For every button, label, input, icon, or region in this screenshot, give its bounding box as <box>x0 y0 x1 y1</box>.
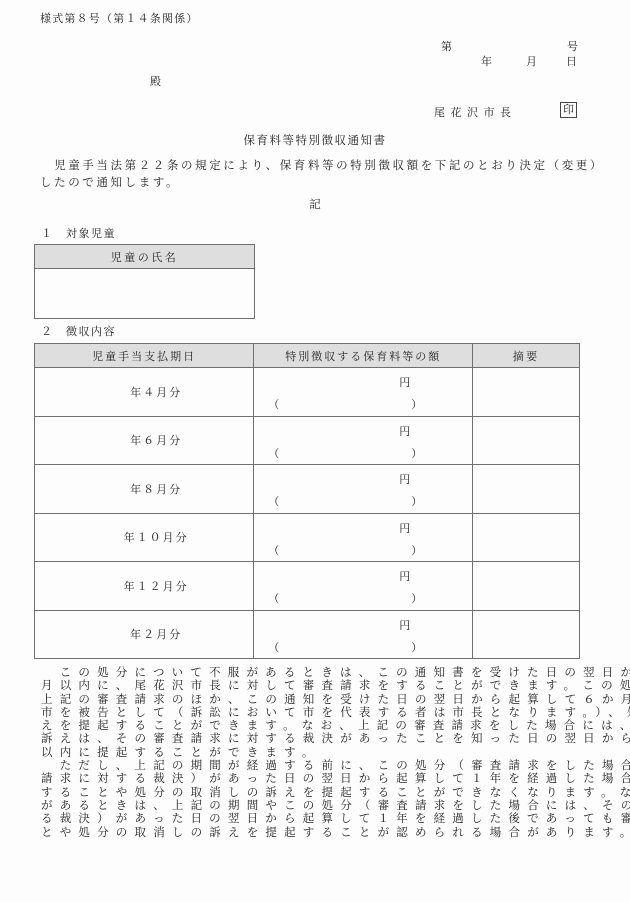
notice-line: することや処分の取消しの訴えを提起することができなくなります。なお、正当な理由 <box>41 786 630 799</box>
document-title: 保育料等特別徴収通知書 <box>0 132 630 148</box>
amount-cell[interactable]: 円 （ ） <box>254 610 473 659</box>
appeal-notice: この処分について不服があるときは、この通知書を受けた日の翌日から起算して３か 月… <box>41 666 630 839</box>
period-cell: 年２月分 <box>35 610 254 659</box>
period-cell: 年１２月分 <box>35 562 254 611</box>
doc-number-suffix: 号 <box>567 38 578 54</box>
child-table: 児童の氏名 <box>34 244 255 319</box>
period-cell: 年１０月分 <box>35 513 254 562</box>
date-day: 日 <box>566 53 577 69</box>
amount-cell[interactable]: 円 （ ） <box>254 368 473 417</box>
collection-table: 児童手当支払期日 特別徴収する保育料等の額 摘要 年４月分 円 （ ） 年６月分… <box>34 343 580 659</box>
table-row: 年４月分 円 （ ） <box>35 368 580 417</box>
yen-label: 円 <box>399 423 410 439</box>
table-row: 年２月分 円 （ ） <box>35 610 580 659</box>
child-name-header: 児童の氏名 <box>35 245 255 269</box>
period-cell: 年８月分 <box>35 465 254 514</box>
notice-line: 月以内に、尾花沢市長に対して審査請求をすることができます。この処分については、 <box>41 679 630 692</box>
column-header-remarks: 摘要 <box>473 344 580 368</box>
paren-open: （ <box>268 396 279 412</box>
notice-line: があるときは、上記の期間やこの処分（審査請求をした場合には、その審査請求に対す <box>41 799 630 812</box>
table-row: 年８月分 円 （ ） <box>35 465 580 514</box>
column-header-payment-date: 児童手当支払期日 <box>35 344 254 368</box>
table-row: 年１０月分 円 （ ） <box>35 513 580 562</box>
form-number: 様式第８号（第１４条関係） <box>40 10 199 26</box>
paren-open: （ <box>268 493 279 509</box>
paren-close: ） <box>411 542 422 558</box>
remarks-cell[interactable] <box>473 416 580 465</box>
amount-cell[interactable]: 円 （ ） <box>254 416 473 465</box>
remarks-cell[interactable] <box>473 513 580 562</box>
notice-line: 上記の審査請求のほか、この通知を受けた日の翌日から起算して６か月以内に、尾花沢 <box>41 693 630 706</box>
yen-label: 円 <box>399 568 410 584</box>
amount-cell[interactable]: 円 （ ） <box>254 465 473 514</box>
remarks-cell[interactable] <box>473 610 580 659</box>
paren-open: （ <box>268 445 279 461</box>
yen-label: 円 <box>399 520 410 536</box>
table-header-row: 児童手当支払期日 特別徴収する保育料等の額 摘要 <box>35 344 580 368</box>
notice-line: 市を被告として（訴訟において市を代表する者は市長となります。）、処分の取消しの訴 <box>41 706 630 719</box>
paren-close: ） <box>411 396 422 412</box>
date-month: 月 <box>526 53 537 69</box>
intro-line: 児童手当法第２２条の規定により、保育料等の特別徴収額を下記のとおり決定（変更） <box>40 157 585 174</box>
issuer-name: 尾 花 沢 市 長 <box>434 104 512 120</box>
paren-open: （ <box>268 542 279 558</box>
amount-cell[interactable]: 円 （ ） <box>254 562 473 611</box>
notice-line: ただし、上記の期間が経過する前に、この処分（審査請求をした場合には、その審査 <box>41 759 630 772</box>
remarks-cell[interactable] <box>473 465 580 514</box>
doc-number-prefix: 第 <box>441 38 452 54</box>
remarks-cell[interactable] <box>473 368 580 417</box>
notice-line: えを提起することができます。なお、上記の審査請求をした場合には、処分の取消しの <box>41 719 630 732</box>
notice-line: 請求に対する裁決）があった日の翌日から起算して１年を経過した場合は、審査請求を <box>41 772 630 785</box>
notice-line: この処分について不服があるときは、この通知書を受けた日の翌日から起算して３か <box>41 666 630 679</box>
seal-stamp-box: 印 <box>560 102 577 118</box>
table-row: 年６月分 円 （ ） <box>35 416 580 465</box>
paren-close: ） <box>411 493 422 509</box>
remarks-cell[interactable] <box>473 562 580 611</box>
period-cell: 年６月分 <box>35 416 254 465</box>
yen-label: 円 <box>399 471 410 487</box>
yen-label: 円 <box>399 374 410 390</box>
paren-close: ） <box>411 639 422 655</box>
intro-line: したので通知します。 <box>40 174 585 191</box>
amount-cell[interactable]: 円 （ ） <box>254 513 473 562</box>
paren-open: （ <box>268 639 279 655</box>
column-header-amount: 特別徴収する保育料等の額 <box>254 344 473 368</box>
notice-line: 訴えは、その審査請求に対する裁決があったことを知った日の翌日から起算して６か月 <box>41 732 630 745</box>
paren-close: ） <box>411 445 422 461</box>
notice-line: とや処分の取消しの訴えを提起することが認められる場合があります。 <box>41 826 630 839</box>
date-year: 年 <box>481 53 492 69</box>
paren-close: ） <box>411 590 422 606</box>
section1-heading: １ 対象児童 <box>41 225 116 241</box>
table-row: 年１２月分 円 （ ） <box>35 562 580 611</box>
addressee-honorific: 殿 <box>150 73 161 89</box>
child-name-cell[interactable] <box>35 269 255 319</box>
yen-label: 円 <box>399 617 410 633</box>
notice-line: 以内に提起することができます。 <box>41 746 630 759</box>
paren-open: （ <box>268 590 279 606</box>
ki-heading: 記 <box>0 196 630 212</box>
section2-heading: ２ 徴収内容 <box>41 323 116 339</box>
period-cell: 年４月分 <box>35 368 254 417</box>
intro-paragraph: 児童手当法第２２条の規定により、保育料等の特別徴収額を下記のとおり決定（変更） … <box>40 157 585 191</box>
notice-line: る裁決）があった日の翌日から起算して１年を経過した後であっても審査請求をするこ <box>41 812 630 825</box>
